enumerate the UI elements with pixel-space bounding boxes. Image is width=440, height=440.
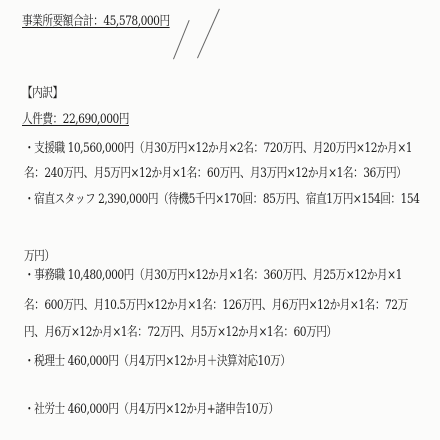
tax-accountant-line: ・税理士 460,000円（月4万円×12か月＋決算対応10万） [24,350,290,369]
support-staff-line-1: ・支援職 10,560,000円（月30万円×12か月×2名：720万円、月20… [24,137,412,156]
labor-consultant-line: ・社労士 460,000円（月4万円×12か月+諸申告10万） [24,398,279,417]
breakdown-heading: 【内訳】 [22,82,63,101]
night-staff-line-2: 万円） [24,245,55,264]
night-staff-line-1: ・宿直スタッフ 2,390,000円（待機5千円×170回：85万円、宿直1万円… [24,188,419,207]
support-staff-line-2: 名：240万円、月5万円×12か月×1名：60万円、月3万円×12か月×1名：3… [24,162,406,181]
total-amount: 事業所要額合計：45,578,000円 [22,10,170,29]
handwritten-slash-mark [197,9,220,59]
office-staff-line-1: ・事務職 10,480,000円（月30万円×12か月×1名：360万円、月25… [24,264,402,283]
office-staff-line-2: 名：600万円、月10.5万円×12か月×1名：126万円、月6万円×12か月×… [24,294,408,313]
handwritten-slash-mark [173,20,190,59]
office-staff-line-3: 円、月6万×12か月×1名：72万円、月5万×12か月×1名：60万円） [24,321,337,340]
personnel-cost-total: 人件費：22,690,000円 [22,108,129,127]
scanned-document: 事業所要額合計：45,578,000円 【内訳】 人件費：22,690,000円… [0,0,440,440]
